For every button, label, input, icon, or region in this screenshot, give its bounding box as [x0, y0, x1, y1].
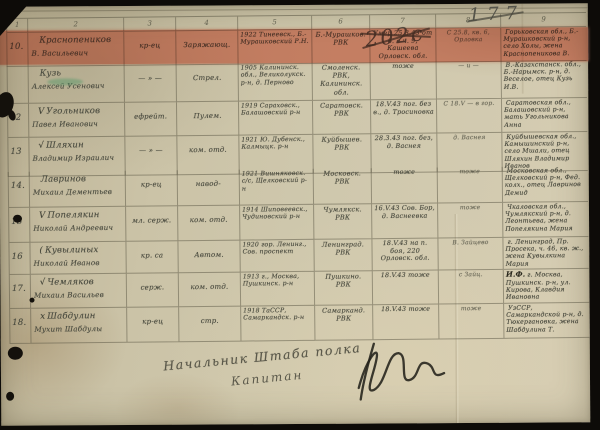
- rank-cell: — » —: [125, 64, 177, 103]
- name-cell: Лавринов Михаил Дементьев: [30, 171, 126, 208]
- row-number-cell: 15: [8, 208, 30, 243]
- rank-cell: кр-ец: [124, 31, 176, 65]
- name-cell: хШабдулин Мухит Шабдулы: [31, 308, 127, 344]
- birth-cell: 1918 ТаССР, Самаркандск. р-н: [241, 306, 315, 342]
- note-cell: С 25.8, кв. 6, Орловка: [436, 28, 501, 62]
- birth-cell: 1922 Тинеевск., Б.-Мурашковский Р.Н.: [238, 30, 312, 65]
- given-name: Николай Андреевич: [33, 223, 123, 233]
- surname: Шабдулин: [47, 311, 95, 322]
- table-row: 18. хШабдулин Мухит Шабдулы кр-ец стр. 1…: [9, 303, 589, 344]
- column-number: 3: [124, 17, 176, 32]
- row-number-cell: 14.: [8, 172, 30, 208]
- address-cell: Горьковская обл., Б.-Мурашковский р-н, с…: [501, 27, 586, 62]
- duty-cell: стр.: [179, 307, 241, 343]
- check-mark: (: [39, 246, 43, 256]
- birth-cell: 1920 гор. Ленинг., Сов. проспект: [240, 240, 314, 273]
- footer-block: Начальник Штаба полка Капитан: [151, 340, 471, 422]
- check-mark: х: [40, 312, 45, 322]
- birth-cell: 1914 Шиповеевск., Чудиновский р-н: [240, 205, 314, 241]
- rank-cell: серж.: [127, 273, 179, 308]
- name-cell: VПопелякин Николай Андреевич: [30, 207, 126, 243]
- row-number-cell: 16: [8, 243, 30, 275]
- row-number-cell: 17.: [9, 275, 31, 309]
- row-number-cell: 10.: [6, 33, 28, 67]
- birth-cell: 1921 Вишняковск. с/с, Щелковский р-н: [240, 169, 314, 206]
- surname: Чемляков: [47, 277, 94, 287]
- given-name: Мухит Шабдулы: [34, 324, 124, 334]
- birth-cell: 1919 Сараховск., Балашовский р-н: [239, 101, 313, 136]
- row-number-cell: 18.: [9, 309, 31, 344]
- note-cell: тоже: [439, 304, 504, 340]
- address-cell: Московская обл., Щелковский р-н, Фед. ко…: [503, 166, 588, 203]
- note-cell: тоже: [438, 203, 503, 239]
- ink-note: И.Ф.: [506, 271, 526, 280]
- ink-blot: [8, 347, 23, 360]
- footer-rank: Капитан: [231, 368, 304, 389]
- note-cell: С 18.V — в гор.: [437, 99, 502, 134]
- casualty-cell: 18.V.43 тоже: [373, 271, 439, 306]
- table-row: Кузь Алексей Усенович — » — Стрел. 1905 …: [7, 60, 587, 104]
- casualty-cell: тоже: [371, 62, 437, 101]
- birth-cell: 1905 Калининск. обл., Великолукск. р-н, …: [239, 63, 313, 102]
- casualty-cell: 18.V.43 пог. без в., д. Тросиновка: [371, 100, 437, 135]
- given-name: Николай Иванов: [34, 258, 124, 268]
- surname: Угольников: [46, 106, 100, 117]
- commissariat-cell: Ленинград. РВК: [314, 239, 372, 272]
- check-mark: V: [38, 107, 44, 117]
- page-number: 177: [468, 3, 524, 26]
- rank-cell: ефрейт.: [125, 102, 177, 137]
- note-cell: тоже: [438, 167, 503, 204]
- commissariat-cell: Смоленск. РВК, Калининск. обл.: [313, 62, 371, 101]
- column-number: 6: [312, 15, 370, 30]
- rank-cell: кр. са: [126, 241, 178, 274]
- given-name: Павел Иванович: [32, 119, 122, 129]
- name-cell: Краснопеников В. Васильевич: [28, 32, 124, 67]
- given-name: Михаил Дементьев: [33, 187, 123, 197]
- column-number: 2: [28, 18, 124, 33]
- duty-cell: ком. отд.: [178, 206, 240, 242]
- ink-blot: [13, 215, 22, 223]
- duty-cell: Заряжающ.: [176, 31, 238, 65]
- duty-cell: навод-: [178, 170, 240, 207]
- duty-cell: Пулем.: [177, 102, 239, 137]
- surname: Лавринов: [41, 174, 86, 184]
- record-table: 123456789 10. Краснопеников В. Васильеви…: [6, 12, 589, 344]
- note-cell: — и —: [437, 61, 502, 100]
- surname: Шляхин: [46, 140, 84, 150]
- surname: Попелякин: [47, 210, 99, 221]
- address-cell: г. Ленинград, Пр. Просека, ч. 46, кв. ж.…: [503, 237, 588, 270]
- address-cell: В.-Казахстанск. обл., Б.-Нарымск. р-н, д…: [502, 60, 587, 99]
- column-number: 4: [176, 17, 238, 32]
- given-name: Владимир Израилич: [33, 153, 123, 163]
- note-cell: В. Зайцево: [438, 238, 503, 271]
- check-mark: V: [39, 211, 45, 221]
- column-number: 5: [238, 16, 312, 31]
- rank-cell: кр-ец: [127, 307, 179, 343]
- name-cell: (Кувылиных Николай Иванов: [30, 242, 126, 275]
- commissariat-cell: Самарканд. РВК: [315, 305, 373, 341]
- casualty-cell: 16.V.43 Сов. Бор, д. Васнеевка: [372, 204, 438, 240]
- duty-cell: Автом.: [178, 241, 240, 274]
- address-cell: И.Ф.г. Москва, Пушкинск. р-н, ул. Кирова…: [504, 269, 589, 304]
- given-name: Михаил Васильев: [34, 290, 124, 300]
- casualty-cell: 18.V.43 тоже: [373, 305, 439, 341]
- birth-cell: 1913 г., Москва, Пушкинск. р-н: [241, 272, 315, 307]
- name-cell: √Чемляков Михаил Васильев: [31, 274, 127, 309]
- surname: Краснопеников: [39, 35, 111, 46]
- commissariat-cell: Саратовск. РВК: [313, 100, 371, 135]
- address-cell: Чкаловская обл., Чумлякский р-н, д. Леон…: [503, 202, 588, 238]
- address-cell: Саратовская обл., Балашовский р-н, мать …: [502, 98, 587, 133]
- ink-blot: [6, 392, 14, 401]
- check-mark: √: [38, 141, 44, 151]
- signature-scribble: [351, 336, 447, 411]
- surname: Кузь: [40, 68, 62, 78]
- table-row: 14. Лавринов Михаил Дементьев кр-ец наво…: [8, 166, 588, 208]
- surname: Кувылиных: [45, 245, 98, 256]
- address-cell: УзССР, Самаркандской р-н, д. Тюкергановк…: [504, 303, 589, 339]
- commissariat-cell: Пушкино. РВК: [315, 271, 373, 306]
- scanned-document: 202с 177 123456789 10. Краснопеников В. …: [0, 0, 600, 430]
- rank-cell: мл. серж.: [126, 206, 178, 242]
- commissariat-cell: Московск. РВК: [314, 168, 372, 205]
- commissariat-cell: Чумлякск. РВК: [314, 204, 372, 240]
- footer-title: Начальник Штаба полка: [163, 340, 362, 373]
- name-cell: VУгольников Павел Иванович: [29, 103, 125, 138]
- check-mark: √: [40, 278, 46, 288]
- given-name: В. Васильевич: [31, 48, 121, 58]
- note-cell: с Зайц.: [439, 270, 504, 305]
- duty-cell: Стрел.: [177, 64, 239, 103]
- document-paper: 202с 177 123456789 10. Краснопеников В. …: [0, 3, 590, 426]
- casualty-cell: 18.V.43 на п. боя, 220 Орловск. обл.: [372, 239, 438, 272]
- ink-blot: [30, 298, 35, 303]
- casualty-cell: тоже: [372, 168, 438, 205]
- duty-cell: ком. отд.: [179, 273, 241, 308]
- rank-cell: кр-ец: [126, 170, 178, 207]
